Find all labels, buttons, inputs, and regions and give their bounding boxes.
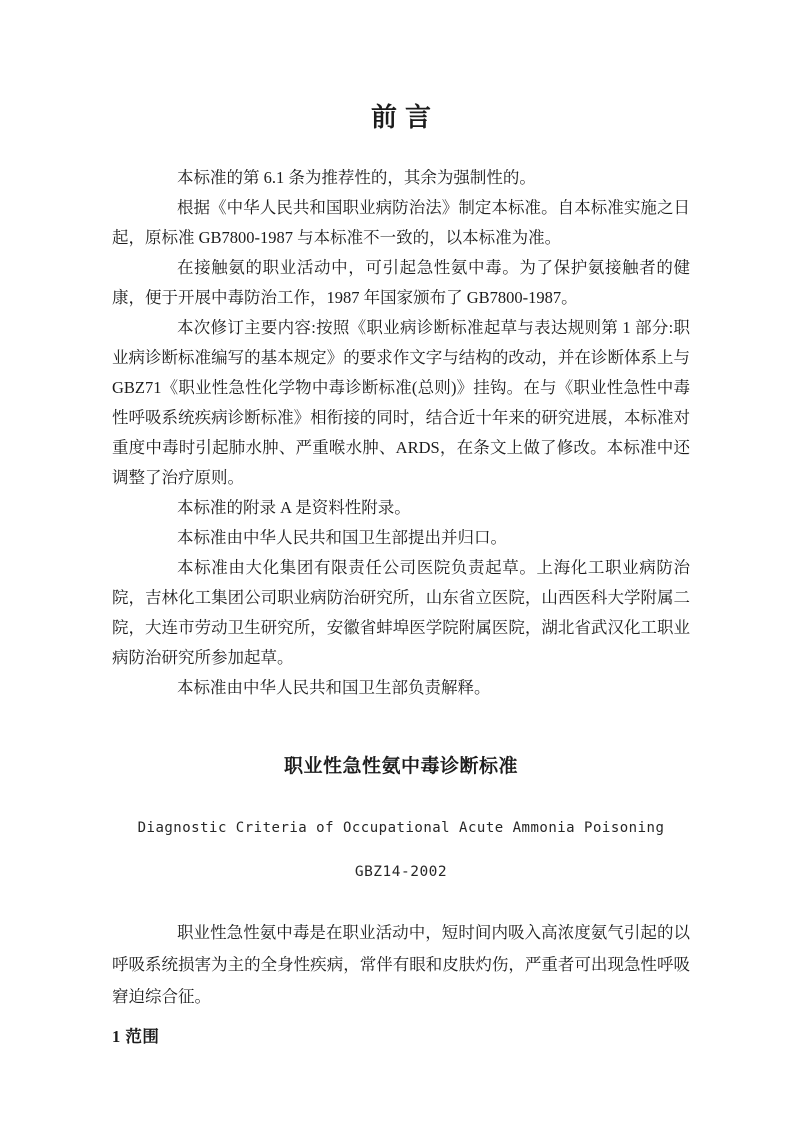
foreword-paragraph: 本标准由大化集团有限责任公司医院负责起草。上海化工职业病防治院，吉林化工集团公司… bbox=[112, 553, 690, 673]
foreword-body: 本标准的第 6.1 条为推荐性的，其余为强制性的。 根据《中华人民共和国职业病防… bbox=[112, 163, 690, 703]
standard-intro-paragraph: 职业性急性氨中毒是在职业活动中，短时间内吸入高浓度氨气引起的以呼吸系统损害为主的… bbox=[112, 917, 690, 1013]
foreword-paragraph: 本标准由中华人民共和国卫生部负责解释。 bbox=[112, 673, 690, 703]
standard-code: GBZ14-2002 bbox=[112, 863, 690, 881]
foreword-paragraph: 本次修订主要内容:按照《职业病诊断标准起草与表达规则第 1 部分:职业病诊断标准… bbox=[112, 313, 690, 493]
foreword-paragraph: 本标准由中华人民共和国卫生部提出并归口。 bbox=[112, 523, 690, 553]
foreword-paragraph: 本标准的附录 A 是资料性附录。 bbox=[112, 493, 690, 523]
foreword-paragraph: 在接触氨的职业活动中，可引起急性氨中毒。为了保护氨接触者的健康，便于开展中毒防治… bbox=[112, 253, 690, 313]
foreword-title: 前言 bbox=[112, 103, 690, 133]
document-page: 前言 本标准的第 6.1 条为推荐性的，其余为强制性的。 根据《中华人民共和国职… bbox=[0, 0, 800, 1133]
foreword-paragraph: 本标准的第 6.1 条为推荐性的，其余为强制性的。 bbox=[112, 163, 690, 193]
standard-title-en: Diagnostic Criteria of Occupational Acut… bbox=[112, 819, 690, 837]
section-1-heading: 1 范围 bbox=[112, 1022, 690, 1052]
foreword-paragraph: 根据《中华人民共和国职业病防治法》制定本标准。自本标准实施之日起，原标准 GB7… bbox=[112, 193, 690, 253]
standard-title-zh: 职业性急性氨中毒诊断标准 bbox=[112, 755, 690, 779]
